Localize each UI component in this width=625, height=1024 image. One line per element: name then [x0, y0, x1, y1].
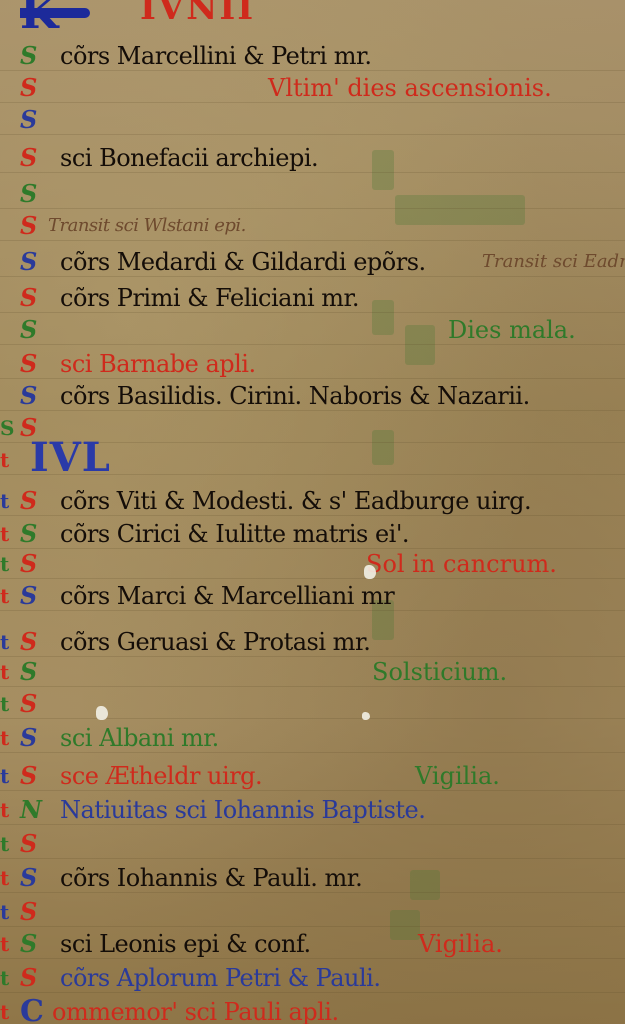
calendar-line: tScõrs Aplorum Petri & Pauli. — [0, 962, 625, 994]
dominical-letter: t — [0, 444, 16, 476]
dominical-letter: t — [0, 518, 16, 550]
feast-entry: cõrs Primi & Feliciani mr. — [60, 282, 359, 314]
feast-entry: sce Ætheldr uirg. — [60, 760, 262, 792]
calendar-line: STransit sci Wlstani epi. — [0, 210, 625, 242]
calendar-letter: S — [20, 178, 46, 210]
calendar-letter: S — [20, 626, 46, 658]
calendar-letter: C — [20, 996, 46, 1024]
calendar-letter: S — [20, 72, 46, 104]
section-marker: IVL — [30, 438, 111, 478]
feast-entry: ommemor' sci Pauli apli. — [52, 996, 339, 1024]
parchment-hole — [362, 712, 370, 720]
calendar-letter: S — [20, 246, 46, 278]
calendar-letter: S — [20, 896, 46, 928]
parchment-hole — [96, 706, 108, 720]
dominical-letter: t — [0, 896, 16, 928]
calendar-letter: S — [20, 962, 46, 994]
dominical-letter: t — [0, 862, 16, 894]
calendar-line: tScõrs Cirici & Iulitte matris ei'. — [0, 518, 625, 550]
calendar-line: SVltim' dies ascensionis. — [0, 72, 625, 104]
feast-entry: cõrs Marcellini & Petri mr. — [60, 40, 372, 72]
dominical-letter: t — [0, 722, 16, 754]
feast-entry: cõrs Medardi & Gildardi epõrs. — [60, 246, 426, 278]
calendar-line: Scõrs Marcellini & Petri mr. — [0, 40, 625, 72]
dominical-letter: t — [0, 626, 16, 658]
month-initial: K — [20, 0, 70, 30]
calendar-line: S — [0, 104, 625, 136]
calendar-letter: S — [20, 282, 46, 314]
calendar-letter: S — [20, 580, 46, 612]
calendar-letter: S — [20, 485, 46, 517]
feast-entry: cõrs Viti & Modesti. & s' Eadburge uirg. — [60, 485, 531, 517]
calendar-line: Ssci Bonefacii archiepi. — [0, 142, 625, 174]
calendar-letter: S — [20, 314, 46, 346]
feast-entry: cõrs Aplorum Petri & Pauli. — [60, 962, 380, 994]
calendar-letter: S — [20, 548, 46, 580]
calendar-letter: S — [20, 722, 46, 754]
calendar-line: SDies mala. — [0, 314, 625, 346]
feast-entry: cõrs Cirici & Iulitte matris ei'. — [60, 518, 409, 550]
calendar-line: tSsci Leonis epi & conf.Vigilia. — [0, 928, 625, 960]
marginal-note: Solsticium. — [372, 656, 507, 688]
marginal-note: Transit sci Eadm — [482, 246, 625, 278]
calendar-line: tS — [0, 828, 625, 860]
calendar-letter: S — [20, 348, 46, 380]
calendar-line: tScõrs Geruasi & Protasi mr. — [0, 626, 625, 658]
calendar-line: tSsci Albani mr. — [0, 722, 625, 754]
feast-entry: cõrs Marci & Marcelliani mr — [60, 580, 394, 612]
dominical-letter: t — [0, 580, 16, 612]
dominical-letter: S — [0, 412, 16, 444]
calendar-letter: S — [20, 928, 46, 960]
calendar-line: tScõrs Iohannis & Pauli. mr. — [0, 862, 625, 894]
calendar-line: tSSolsticium. — [0, 656, 625, 688]
feast-entry: cõrs Geruasi & Protasi mr. — [60, 626, 370, 658]
calendar-line: tSsce Ætheldr uirg.Vigilia. — [0, 760, 625, 792]
feast-entry: Transit sci Wlstani epi. — [48, 210, 246, 242]
calendar-line: IVLt — [0, 444, 625, 476]
parchment-hole — [364, 565, 376, 579]
calendar-line: Ssci Barnabe apli. — [0, 348, 625, 380]
calendar-line: Scõrs Medardi & Gildardi epõrs.Transit s… — [0, 246, 625, 278]
calendar-line: tCommemor' sci Pauli apli. — [0, 996, 625, 1024]
dominical-letter: t — [0, 760, 16, 792]
calendar-letter: S — [20, 104, 46, 136]
dominical-letter: t — [0, 962, 16, 994]
dominical-letter: t — [0, 485, 16, 517]
calendar-letter: S — [20, 688, 46, 720]
dominical-letter: t — [0, 548, 16, 580]
dominical-letter: t — [0, 688, 16, 720]
calendar-line: S — [0, 178, 625, 210]
calendar-letter: S — [20, 828, 46, 860]
dominical-letter: t — [0, 928, 16, 960]
manuscript-page: K IVNII Scõrs Marcellini & Petri mr.SVlt… — [0, 0, 625, 1024]
calendar-letter: N — [20, 794, 46, 826]
calendar-line: tS — [0, 688, 625, 720]
marginal-note: Vigilia. — [418, 928, 503, 960]
calendar-letter: S — [20, 656, 46, 688]
calendar-letter: S — [20, 760, 46, 792]
dominical-letter: t — [0, 828, 16, 860]
calendar-line: tNNatiuitas sci Iohannis Baptiste. — [0, 794, 625, 826]
marginal-note: Vltim' dies ascensionis. — [268, 72, 552, 104]
calendar-line: tScõrs Marci & Marcelliani mr — [0, 580, 625, 612]
marginal-note: Sol in cancrum. — [366, 548, 557, 580]
calendar-line: tSSol in cancrum. — [0, 548, 625, 580]
calendar-letter: S — [20, 518, 46, 550]
marginal-note: Vigilia. — [415, 760, 500, 792]
feast-entry: sci Barnabe apli. — [60, 348, 256, 380]
calendar-letter: S — [20, 210, 46, 242]
feast-entry: Natiuitas sci Iohannis Baptiste. — [60, 794, 425, 826]
calendar-letter: S — [20, 40, 46, 72]
calendar-line: tS — [0, 896, 625, 928]
calendar-line: Scõrs Basilidis. Cirini. Naboris & Nazar… — [0, 380, 625, 412]
calendar-letter: S — [20, 142, 46, 174]
dominical-letter: t — [0, 996, 16, 1024]
feast-entry: sci Albani mr. — [60, 722, 219, 754]
feast-entry: cõrs Basilidis. Cirini. Naboris & Nazari… — [60, 380, 530, 412]
calendar-line: tScõrs Viti & Modesti. & s' Eadburge uir… — [0, 485, 625, 517]
dominical-letter: t — [0, 794, 16, 826]
dominical-letter: t — [0, 656, 16, 688]
feast-entry: cõrs Iohannis & Pauli. mr. — [60, 862, 362, 894]
feast-entry: sci Leonis epi & conf. — [60, 928, 311, 960]
marginal-note: Dies mala. — [448, 314, 576, 346]
calendar-letter: S — [20, 380, 46, 412]
feast-entry: sci Bonefacii archiepi. — [60, 142, 318, 174]
month-header: IVNII — [140, 0, 255, 28]
calendar-line: Scõrs Primi & Feliciani mr. — [0, 282, 625, 314]
calendar-letter: S — [20, 862, 46, 894]
